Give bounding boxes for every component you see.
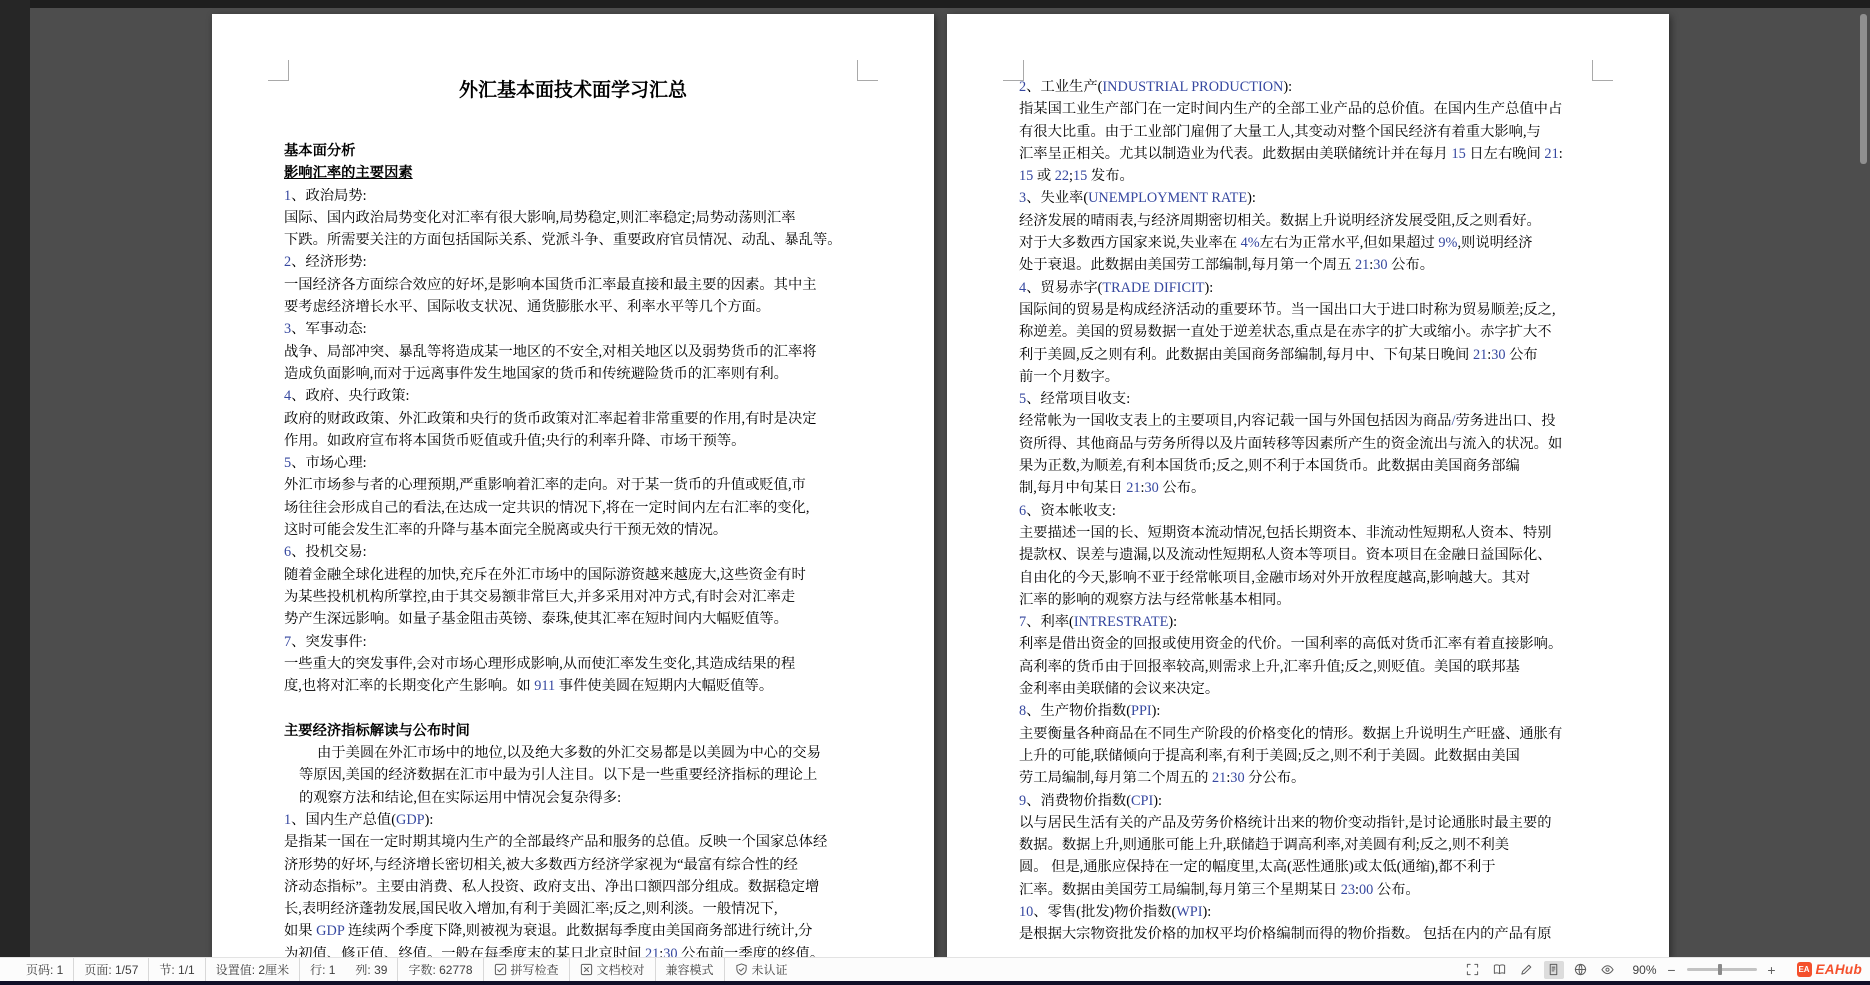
left-dark-panel xyxy=(0,0,30,958)
doc-line[interactable]: 2、经济形势: xyxy=(284,251,862,273)
doc-line[interactable]: 果为正数,为顺差,有利本国货币;反之,则不利于本国货币。此数据由美国商务部编 xyxy=(1019,455,1597,477)
status-item-label: 字数: 62778 xyxy=(408,961,472,978)
doc-line[interactable]: 一些重大的突发事件,会对市场心理形成影响,从而使汇率发生变化,其造成结果的程 xyxy=(284,653,862,675)
doc-line[interactable]: 3、军事动态: xyxy=(284,318,862,340)
spellcheck-icon xyxy=(494,963,507,976)
focus-icon xyxy=(1466,963,1479,976)
crop-mark-top-right xyxy=(857,60,878,81)
doc-line[interactable]: 场往往会形成自己的看法,在达成一定共识的情况下,将在一定时间内左右汇率的变化, xyxy=(284,497,862,519)
doc-line[interactable]: 处于衰退。此数据由美国劳工部编制,每月第一个周五 21:30 公布。 xyxy=(1019,254,1597,276)
doc-line[interactable]: 是根据大宗物资批发价格的加权平均价格编制而得的物价指数。 包括在内的产品有原 xyxy=(1019,923,1597,945)
doc-line[interactable]: 1、政治局势: xyxy=(284,185,862,207)
doc-line[interactable]: 自由化的今天,影响不亚于经常帐项目,金融市场对外开放程度越高,影响越大。其对 xyxy=(1019,567,1597,589)
status-item-节: 1/1[interactable]: 节: 1/1 xyxy=(148,958,204,981)
doc-line[interactable]: 要考虑经济增长水平、国际收支状况、通货膨胀水平、利率水平等几个方面。 xyxy=(284,296,862,318)
vertical-scrollbar[interactable] xyxy=(1860,14,1867,164)
doc-line[interactable]: 称逆差。美国的贸易数据一直处于逆差状态,重点是在赤字的扩大或缩小。赤字扩大不 xyxy=(1019,321,1597,343)
doc-line[interactable]: 国际间的贸易是构成经济活动的重要环节。当一国出口大于进口时称为贸易顺差;反之, xyxy=(1019,299,1597,321)
status-item-label: 兼容模式 xyxy=(666,961,714,978)
doc-line[interactable]: 6、资本帐收支: xyxy=(1019,500,1597,522)
eahub-watermark: EA EAHub xyxy=(1797,962,1863,977)
doc-line[interactable]: 的观察方法和结论,但在实际运用中情况会复杂得多: xyxy=(284,787,862,809)
window-bottom-border xyxy=(0,981,1870,985)
proofing-icon xyxy=(580,963,593,976)
status-item-拼写检查[interactable]: 拼写检查 xyxy=(483,958,569,981)
print-layout-icon xyxy=(1547,963,1560,976)
web-layout-view-button[interactable] xyxy=(1571,961,1591,979)
doc-line[interactable]: 由于美圆在外汇市场中的地位,以及绝大多数的外汇交易都是以美圆为中心的交易 xyxy=(284,742,862,764)
doc-line[interactable]: 经常帐为一国收支表上的主要项目,内容记载一国与外国包括因为商品/劳务进出口、投 xyxy=(1019,410,1597,432)
document-title[interactable]: 外汇基本面技术面学习汇总 xyxy=(212,78,934,104)
status-item-label: 页码: 1 xyxy=(26,961,63,978)
doc-line[interactable]: 利于美圆,反之则有利。此数据由美国商务部编制,每月中、下旬某日晚间 21:30 … xyxy=(1019,344,1597,366)
doc-line[interactable]: 4、贸易赤字(TRADE DIFICIT): xyxy=(1019,277,1597,299)
status-bar: 页码: 1页面: 1/57节: 1/1设置值: 2厘米行: 1列: 39字数: … xyxy=(0,957,1870,981)
doc-line[interactable]: 势产生深远影响。如量子基金阻击英镑、泰珠,使其汇率在短时间内大幅贬值等。 xyxy=(284,608,862,630)
doc-line[interactable]: 6、投机交易: xyxy=(284,541,862,563)
doc-heading[interactable]: 影响汇率的主要因素 xyxy=(284,162,862,184)
status-item-兼容模式[interactable]: 兼容模式 xyxy=(655,958,724,981)
doc-line[interactable]: 3、失业率(UNEMPLOYMENT RATE): xyxy=(1019,187,1597,209)
eye-protection-view-button[interactable] xyxy=(1598,961,1618,979)
zoom-in-button[interactable]: + xyxy=(1766,963,1778,977)
page-2-text: 2、工业生产(INDUSTRIAL PRODUCTION):指某国工业生产部门在… xyxy=(947,76,1669,946)
doc-line[interactable]: 7、利率(INTRESTRATE): xyxy=(1019,611,1597,633)
crop-mark-top-right xyxy=(1592,60,1613,81)
doc-line[interactable]: 前一个月数字。 xyxy=(1019,366,1597,388)
doc-line[interactable]: 济形势的好坏,与经济增长密切相关,被大多数西方经济学家视为“最富有综合性的经 xyxy=(284,854,862,876)
doc-line[interactable] xyxy=(284,697,862,719)
status-item-字数: 62778[interactable]: 字数: 62778 xyxy=(397,958,482,981)
doc-line[interactable]: 汇率呈正相关。尤其以制造业为代表。此数据由美联储统计并在每月 15 日左右晚间 … xyxy=(1019,143,1597,165)
doc-line[interactable]: 主要描述一国的长、短期资本流动情况,包括长期资本、非流动性短期私人资本、特别 xyxy=(1019,522,1597,544)
doc-line[interactable]: 度,也将对汇率的长期变化产生影响。如 911 事件使美圆在短期内大幅贬值等。 xyxy=(284,675,862,697)
doc-line[interactable]: 10、零售(批发)物价指数(WPI): xyxy=(1019,901,1597,923)
doc-line[interactable]: 劳工局编制,每月第二个周五的 21:30 分公布。 xyxy=(1019,767,1597,789)
read-mode-icon xyxy=(1493,963,1506,976)
crop-mark-top-left xyxy=(268,60,289,81)
doc-line[interactable]: 高利率的货币由于回报率较高,则需求上升,汇率升值;反之,则贬值。美国的联邦基 xyxy=(1019,656,1597,678)
doc-line[interactable]: 有很大比重。由于工业部门雇佣了大量工人,其变动对整个国民经济有着重大影响,与 xyxy=(1019,121,1597,143)
doc-line[interactable]: 资所得、其他商品与劳务所得以及片面转移等因素所产生的资金流出与流入的状况。如 xyxy=(1019,433,1597,455)
read-mode-view-button[interactable] xyxy=(1490,961,1510,979)
doc-line[interactable]: 制,每月中旬某日 21:30 公布。 xyxy=(1019,477,1597,499)
doc-line[interactable]: 汇率的影响的观察方法与经常帐基本相同。 xyxy=(1019,589,1597,611)
status-item-文档校对[interactable]: 文档校对 xyxy=(569,958,655,981)
doc-line[interactable]: 提款权、误差与遗漏,以及流动性短期私人资本等项目。资本项目在金融日益国际化、 xyxy=(1019,544,1597,566)
doc-line[interactable]: 数据。数据上升,则通胀可能上升,联储趋于调高利率,对美圆有利;反之,则不利美 xyxy=(1019,834,1597,856)
document-page-2[interactable]: 2、工业生产(INDUSTRIAL PRODUCTION):指某国工业生产部门在… xyxy=(947,14,1669,958)
doc-line[interactable]: 如果 GDP 连续两个季度下降,则被视为衰退。此数据每季度由美国商务部进行统计,… xyxy=(284,920,862,942)
shield-icon xyxy=(735,963,748,976)
doc-line[interactable]: 4、政府、央行政策: xyxy=(284,385,862,407)
doc-line[interactable]: 这时可能会发生汇率的升降与基本面完全脱离或央行干预无效的情况。 xyxy=(284,519,862,541)
ink-pen-view-button[interactable] xyxy=(1517,961,1537,979)
status-item-label: 拼写检查 xyxy=(511,961,559,978)
doc-line[interactable]: 主要衡量各种商品在不同生产阶段的价格变化的情形。数据上升说明生产旺盛、通胀有 xyxy=(1019,723,1597,745)
eahub-watermark-text: EAHub xyxy=(1816,962,1863,977)
doc-line[interactable]: 8、生产物价指数(PPI): xyxy=(1019,700,1597,722)
doc-line[interactable]: 7、突发事件: xyxy=(284,631,862,653)
status-item-label: 页面: 1/57 xyxy=(84,961,138,978)
doc-line[interactable]: 随着金融全球化进程的加快,充斥在外汇市场中的国际游资越来越庞大,这些资金有时 xyxy=(284,564,862,586)
doc-line[interactable]: 外汇市场参与者的心理预期,严重影响着汇率的走向。对于某一货币的升值或贬值,市 xyxy=(284,474,862,496)
focus-view-button[interactable] xyxy=(1463,961,1483,979)
doc-line[interactable]: 金利率由美联储的会议来决定。 xyxy=(1019,678,1597,700)
ink-pen-icon xyxy=(1520,963,1533,976)
doc-line[interactable]: 1、国内生产总值(GDP): xyxy=(284,809,862,831)
doc-line[interactable]: 指某国工业生产部门在一定时间内生产的全部工业产品的总价值。在国内生产总值中占 xyxy=(1019,98,1597,120)
doc-line[interactable]: 15 或 22;15 发布。 xyxy=(1019,165,1597,187)
doc-line[interactable]: 以与居民生活有关的产品及劳务价格统计出来的物价变动指针,是讨论通胀时最主要的 xyxy=(1019,812,1597,834)
status-item-label: 未认证 xyxy=(752,961,788,978)
doc-line[interactable]: 作用。如政府宣布将本国货币贬值或升值;央行的利率升降、市场干预等。 xyxy=(284,430,862,452)
crop-mark-top-left xyxy=(1003,60,1024,81)
web-layout-icon xyxy=(1574,963,1587,976)
doc-line[interactable]: 上升的可能,联储倾向于提高利率,有利于美圆;反之,则不利于美圆。此数据由美国 xyxy=(1019,745,1597,767)
status-item-页面: 1/57[interactable]: 页面: 1/57 xyxy=(73,958,148,981)
doc-line[interactable]: 9、消费物价指数(CPI): xyxy=(1019,790,1597,812)
status-item-列: 39[interactable]: 列: 39 xyxy=(345,958,397,981)
doc-line[interactable]: 汇率。数据由美国劳工局编制,每月第三个星期某日 23:00 公布。 xyxy=(1019,879,1597,901)
doc-line[interactable]: 造成负面影响,而对于远离事件发生地国家的货币和传统避险货币的汇率则有利。 xyxy=(284,363,862,385)
doc-line[interactable]: 一国经济各方面综合效应的好坏,是影响本国货币汇率最直接和最主要的因素。其中主 xyxy=(284,274,862,296)
page-1-text: 基本面分析影响汇率的主要因素1、政治局势:国际、国内政治局势变化对汇率有很大影响… xyxy=(212,140,934,965)
status-item-label: 文档校对 xyxy=(597,961,645,978)
status-item-未认证[interactable]: 未认证 xyxy=(724,958,798,981)
doc-line[interactable]: 5、市场心理: xyxy=(284,452,862,474)
doc-line[interactable]: 国际、国内政治局势变化对汇率有很大影响,局势稳定,则汇率稳定;局势动荡则汇率 xyxy=(284,207,862,229)
status-bar-right: 90% − + EA EAHub xyxy=(1463,961,1870,979)
status-item-label: 设置值: 2厘米 xyxy=(216,961,289,978)
status-item-label: 行: 1 xyxy=(310,961,335,978)
window-top-border xyxy=(0,0,1870,8)
doc-line[interactable]: 等原因,美国的经济数据在汇市中最为引人注目。以下是一些重要经济指标的理论上 xyxy=(284,764,862,786)
doc-line[interactable]: 2、工业生产(INDUSTRIAL PRODUCTION): xyxy=(1019,76,1597,98)
zoom-slider-thumb[interactable] xyxy=(1718,964,1722,975)
status-item-设置值: 2厘米[interactable]: 设置值: 2厘米 xyxy=(205,958,299,981)
doc-heading[interactable]: 主要经济指标解读与公布时间 xyxy=(284,720,862,742)
doc-line[interactable]: 圆。 但是,通胀应保持在一定的幅度里,太高(恶性通胀)或太低(通缩),都不利于 xyxy=(1019,856,1597,878)
status-item-页码: 1[interactable]: 页码: 1 xyxy=(16,958,73,981)
doc-line[interactable]: 是指某一国在一定时期其境内生产的全部最终产品和服务的总值。反映一个国家总体经 xyxy=(284,831,862,853)
doc-line[interactable]: 5、经常项目收支: xyxy=(1019,388,1597,410)
status-item-label: 节: 1/1 xyxy=(159,961,194,978)
doc-line[interactable]: 下跌。所需要关注的方面包括国际关系、党派斗争、重要政府官员情况、动乱、暴乱等。 xyxy=(284,229,862,251)
zoom-percentage[interactable]: 90% xyxy=(1627,963,1657,977)
document-page-1[interactable]: 外汇基本面技术面学习汇总 基本面分析影响汇率的主要因素1、政治局势:国际、国内政… xyxy=(212,14,934,958)
doc-line[interactable]: 经济发展的晴雨表,与经济周期密切相关。数据上升说明经济发展受阻,反之则看好。 xyxy=(1019,210,1597,232)
doc-line[interactable]: 战争、局部冲突、暴乱等将造成某一地区的不安全,对相关地区以及弱势货币的汇率将 xyxy=(284,341,862,363)
eye-protection-icon xyxy=(1601,963,1614,976)
status-item-行: 1[interactable]: 行: 1 xyxy=(299,958,345,981)
eahub-logo-icon: EA xyxy=(1797,962,1812,977)
print-layout-view-button[interactable] xyxy=(1544,961,1564,979)
doc-line[interactable]: 长,表明经济蓬勃发展,国民收入增加,有利于美圆汇率;反之,则利淡。一般情况下, xyxy=(284,898,862,920)
doc-line[interactable]: 利率是借出资金的回报或使用资金的代价。一国利率的高低对货币汇率有着直接影响。 xyxy=(1019,633,1597,655)
doc-line[interactable]: 济动态指标”。主要由消费、私人投资、政府支出、净出口额四部分组成。数据稳定增 xyxy=(284,876,862,898)
status-item-label: 列: 39 xyxy=(355,961,387,978)
doc-line[interactable]: 为某些投机机构所掌控,由于其交易额非常巨大,并多采用对冲方式,有时会对汇率走 xyxy=(284,586,862,608)
doc-heading[interactable]: 基本面分析 xyxy=(284,140,862,162)
status-bar-left: 页码: 1页面: 1/57节: 1/1设置值: 2厘米行: 1列: 39字数: … xyxy=(0,958,798,981)
doc-line[interactable]: 政府的财政政策、外汇政策和央行的货币政策对汇率起着非常重要的作用,有时是决定 xyxy=(284,408,862,430)
doc-line[interactable]: 对于大多数西方国家来说,失业率在 4%左右为正常水平,但如果超过 9%,则说明经… xyxy=(1019,232,1597,254)
zoom-out-button[interactable]: − xyxy=(1666,963,1678,977)
zoom-slider[interactable] xyxy=(1687,968,1757,971)
